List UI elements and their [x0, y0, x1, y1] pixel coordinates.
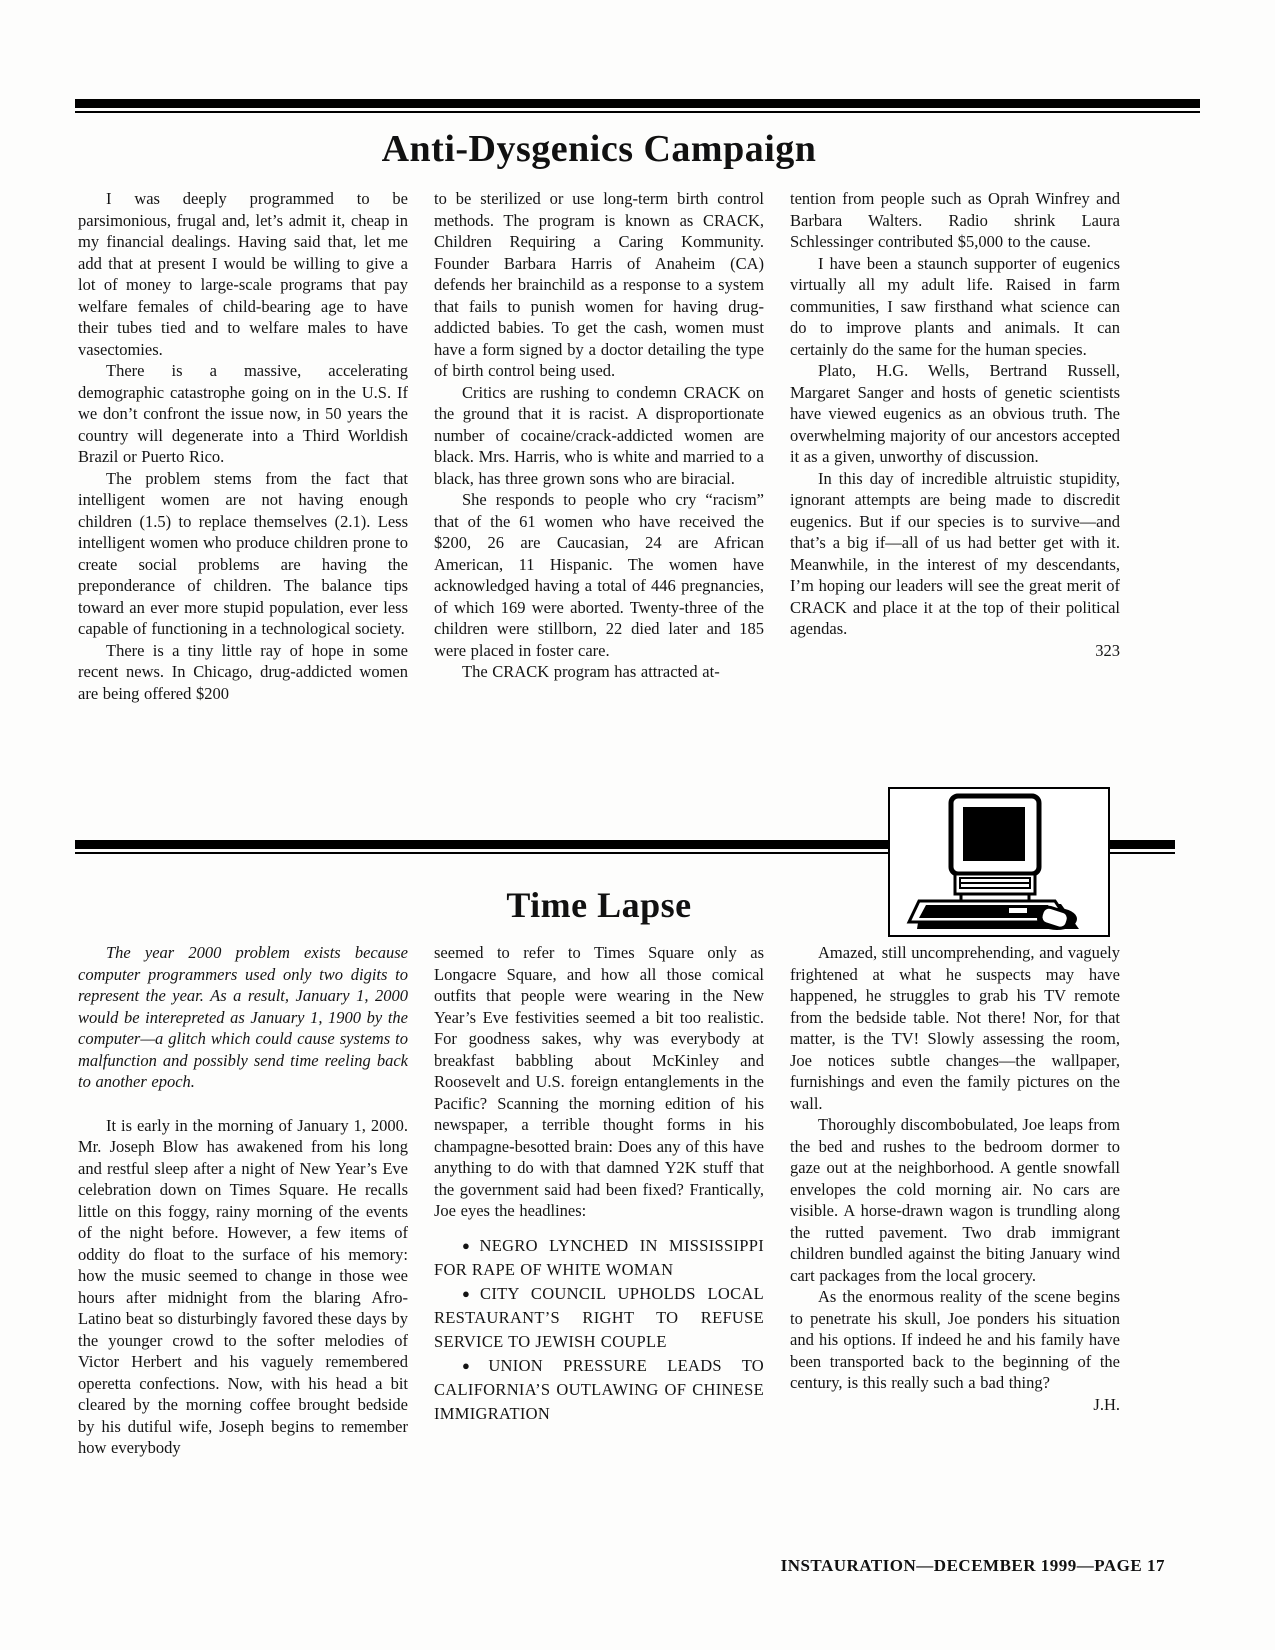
- paragraph: I have been a staunch supporter of eugen…: [790, 253, 1120, 361]
- paragraph: I was deeply programmed to be parsimonio…: [78, 188, 408, 360]
- article2-column-3: Amazed, still uncomprehending, and vague…: [790, 942, 1120, 1459]
- paragraph: Plato, H.G. Wells, Bertrand Russell, Mar…: [790, 360, 1120, 468]
- paragraph: The problem stems from the fact that int…: [78, 468, 408, 640]
- article2-column-2: seemed to refer to Times Square only as …: [434, 942, 764, 1459]
- headline-item: ●NEGRO LYNCHED IN MISSISSIPPI FOR RAPE O…: [434, 1234, 764, 1282]
- headline-text: CITY COUNCIL UPHOLDS LOCAL RESTAURANT’S …: [434, 1284, 764, 1351]
- top-rule: [75, 99, 1200, 113]
- article1-title: Anti-Dysgenics Campaign: [78, 124, 1120, 174]
- top-rule-thick: [75, 99, 1200, 108]
- article1-column-1: I was deeply programmed to be parsimonio…: [78, 188, 408, 704]
- paragraph: There is a tiny little ray of hope in so…: [78, 640, 408, 705]
- paragraph: There is a massive, accelerating demogra…: [78, 360, 408, 468]
- page-footer: INSTAURATION—DECEMBER 1999—PAGE 17: [781, 1556, 1165, 1576]
- author-initials: J.H.: [790, 1394, 1120, 1416]
- paragraph: seemed to refer to Times Square only as …: [434, 942, 764, 1222]
- article1-column-3: tention from people such as Oprah Winfre…: [790, 188, 1120, 704]
- article1-column-2: to be sterilized or use long-term birth …: [434, 188, 764, 704]
- paragraph: tention from people such as Oprah Winfre…: [790, 188, 1120, 253]
- article-anti-dysgenics: Anti-Dysgenics Campaign I was deeply pro…: [78, 124, 1120, 704]
- desktop-computer-icon: [891, 790, 1107, 934]
- paragraph: She responds to people who cry “racism” …: [434, 489, 764, 661]
- bullet-icon: ●: [462, 1286, 477, 1301]
- headline-item: ●UNION PRESSURE LEADS TO CALIFORNIA’S OU…: [434, 1354, 764, 1426]
- magazine-page: Anti-Dysgenics Campaign I was deeply pro…: [0, 0, 1275, 1650]
- intro-paragraph: The year 2000 problem exists because com…: [78, 942, 408, 1093]
- paragraph: In this day of incredible altruistic stu…: [790, 468, 1120, 640]
- bullet-icon: ●: [462, 1238, 477, 1253]
- article1-page-number: 323: [790, 640, 1120, 662]
- article2-column-1: The year 2000 problem exists because com…: [78, 942, 408, 1459]
- computer-illustration-box: [888, 787, 1110, 937]
- bullet-icon: ●: [462, 1358, 485, 1373]
- paragraph: to be sterilized or use long-term birth …: [434, 188, 764, 382]
- top-rule-thin: [75, 111, 1200, 113]
- article2-columns: The year 2000 problem exists because com…: [78, 942, 1120, 1459]
- paragraph: The CRACK program has attracted at-: [434, 661, 764, 683]
- paragraph: Amazed, still uncomprehending, and vague…: [790, 942, 1120, 1114]
- paragraph: Critics are rushing to condemn CRACK on …: [434, 382, 764, 490]
- article-time-lapse: Time Lapse The year 2000 problem exists …: [78, 882, 1120, 1459]
- headline-list: ●NEGRO LYNCHED IN MISSISSIPPI FOR RAPE O…: [434, 1234, 764, 1426]
- article1-columns: I was deeply programmed to be parsimonio…: [78, 188, 1120, 704]
- paragraph: It is early in the morning of January 1,…: [78, 1115, 408, 1459]
- headline-item: ●CITY COUNCIL UPHOLDS LOCAL RESTAURANT’S…: [434, 1282, 764, 1354]
- paragraph: As the enormous reality of the scene beg…: [790, 1286, 1120, 1394]
- headline-text: NEGRO LYNCHED IN MISSISSIPPI FOR RAPE OF…: [434, 1236, 764, 1279]
- paragraph: Thoroughly discombobulated, Joe leaps fr…: [790, 1114, 1120, 1286]
